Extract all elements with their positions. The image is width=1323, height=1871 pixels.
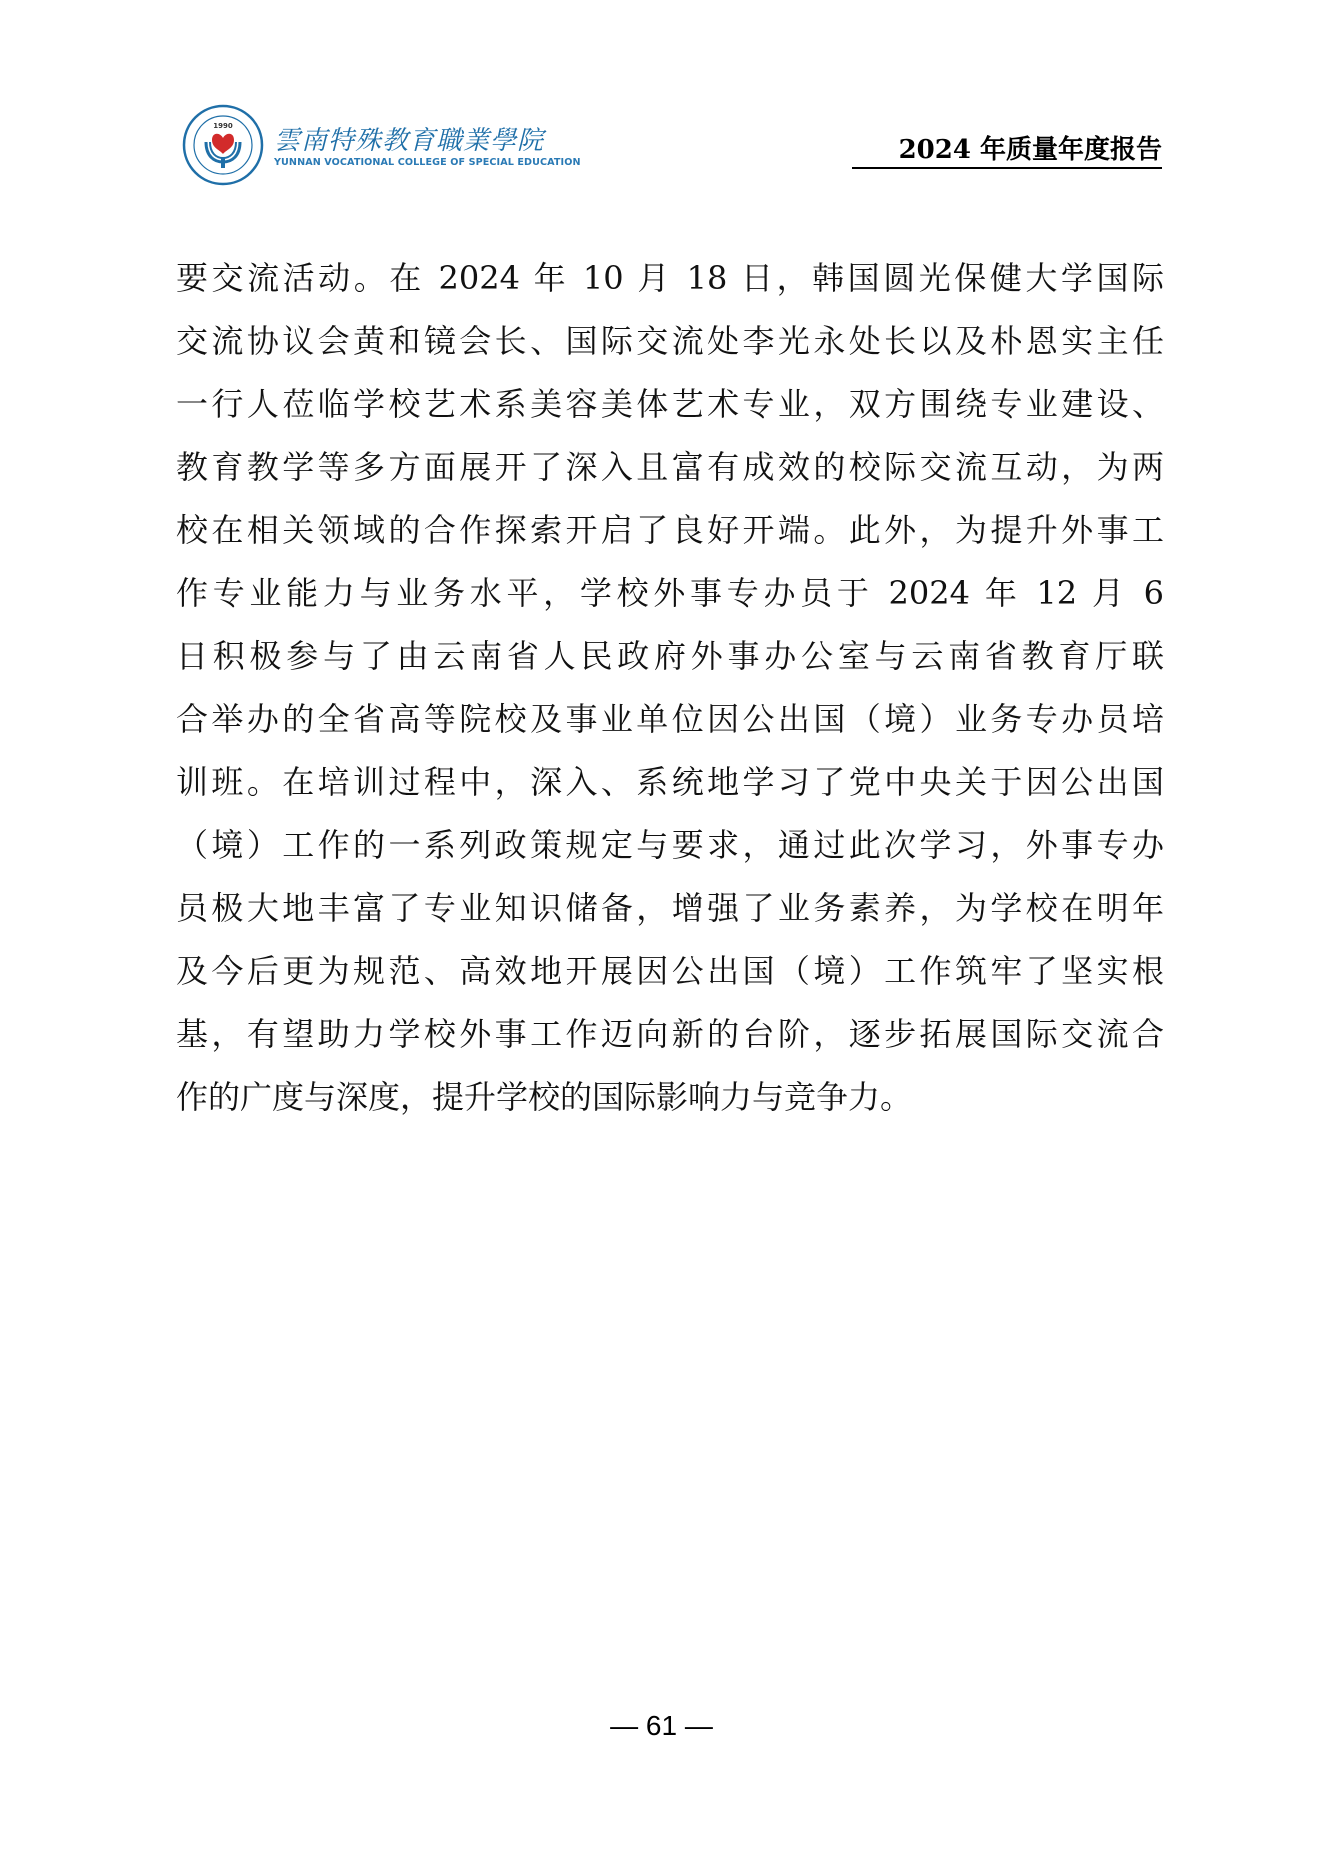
text-line: 要交流活动。在 2024 年 10 月 18 日，韩国圆光保健大学国际 <box>176 247 1164 310</box>
college-seal-icon: 1990 <box>182 104 264 186</box>
text-line: 及今后更为规范、高效地开展因公出国（境）工作筑牢了坚实根 <box>176 940 1164 1003</box>
svg-text:1990: 1990 <box>213 122 233 130</box>
text-line: 校在相关领域的合作探索开启了良好开端。此外，为提升外事工 <box>176 499 1164 562</box>
text-line: （境）工作的一系列政策规定与要求，通过此次学习，外事专办 <box>176 814 1164 877</box>
text-line: 一行人莅临学校艺术系美容美体艺术专业，双方围绕专业建设、 <box>176 373 1164 436</box>
page-number: — 61 — <box>0 1710 1323 1742</box>
college-name-english: YUNNAN VOCATIONAL COLLEGE OF SPECIAL EDU… <box>274 157 581 168</box>
text-line: 教育教学等多方面展开了深入且富有成效的校际交流互动，为两 <box>176 436 1164 499</box>
text-line: 训班。在培训过程中，深入、系统地学习了党中央关于因公出国 <box>176 751 1164 814</box>
college-logo: 1990 雲南特殊教育職業學院 YUNNAN VOCATIONAL COLLEG… <box>182 104 472 188</box>
text-line: 员极大地丰富了专业知识储备，增强了业务素养，为学校在明年 <box>176 877 1164 940</box>
text-line: 日积极参与了由云南省人民政府外事办公室与云南省教育厅联 <box>176 625 1164 688</box>
report-title: 2024 年质量年度报告 <box>899 129 1162 166</box>
text-line: 作专业能力与业务水平，学校外事专办员于 2024 年 12 月 6 <box>176 562 1164 625</box>
header-divider <box>852 167 1162 169</box>
text-line: 基，有望助力学校外事工作迈向新的台阶，逐步拓展国际交流合 <box>176 1003 1164 1066</box>
body-paragraph: 要交流活动。在 2024 年 10 月 18 日，韩国圆光保健大学国际 交流协议… <box>176 247 1164 1129</box>
text-line: 作的广度与深度，提升学校的国际影响力与竞争力。 <box>176 1066 1164 1129</box>
text-line: 合举办的全省高等院校及事业单位因公出国（境）业务专办员培 <box>176 688 1164 751</box>
college-name-chinese: 雲南特殊教育職業學院 <box>274 120 544 157</box>
text-line: 交流协议会黄和镜会长、国际交流处李光永处长以及朴恩实主任 <box>176 310 1164 373</box>
